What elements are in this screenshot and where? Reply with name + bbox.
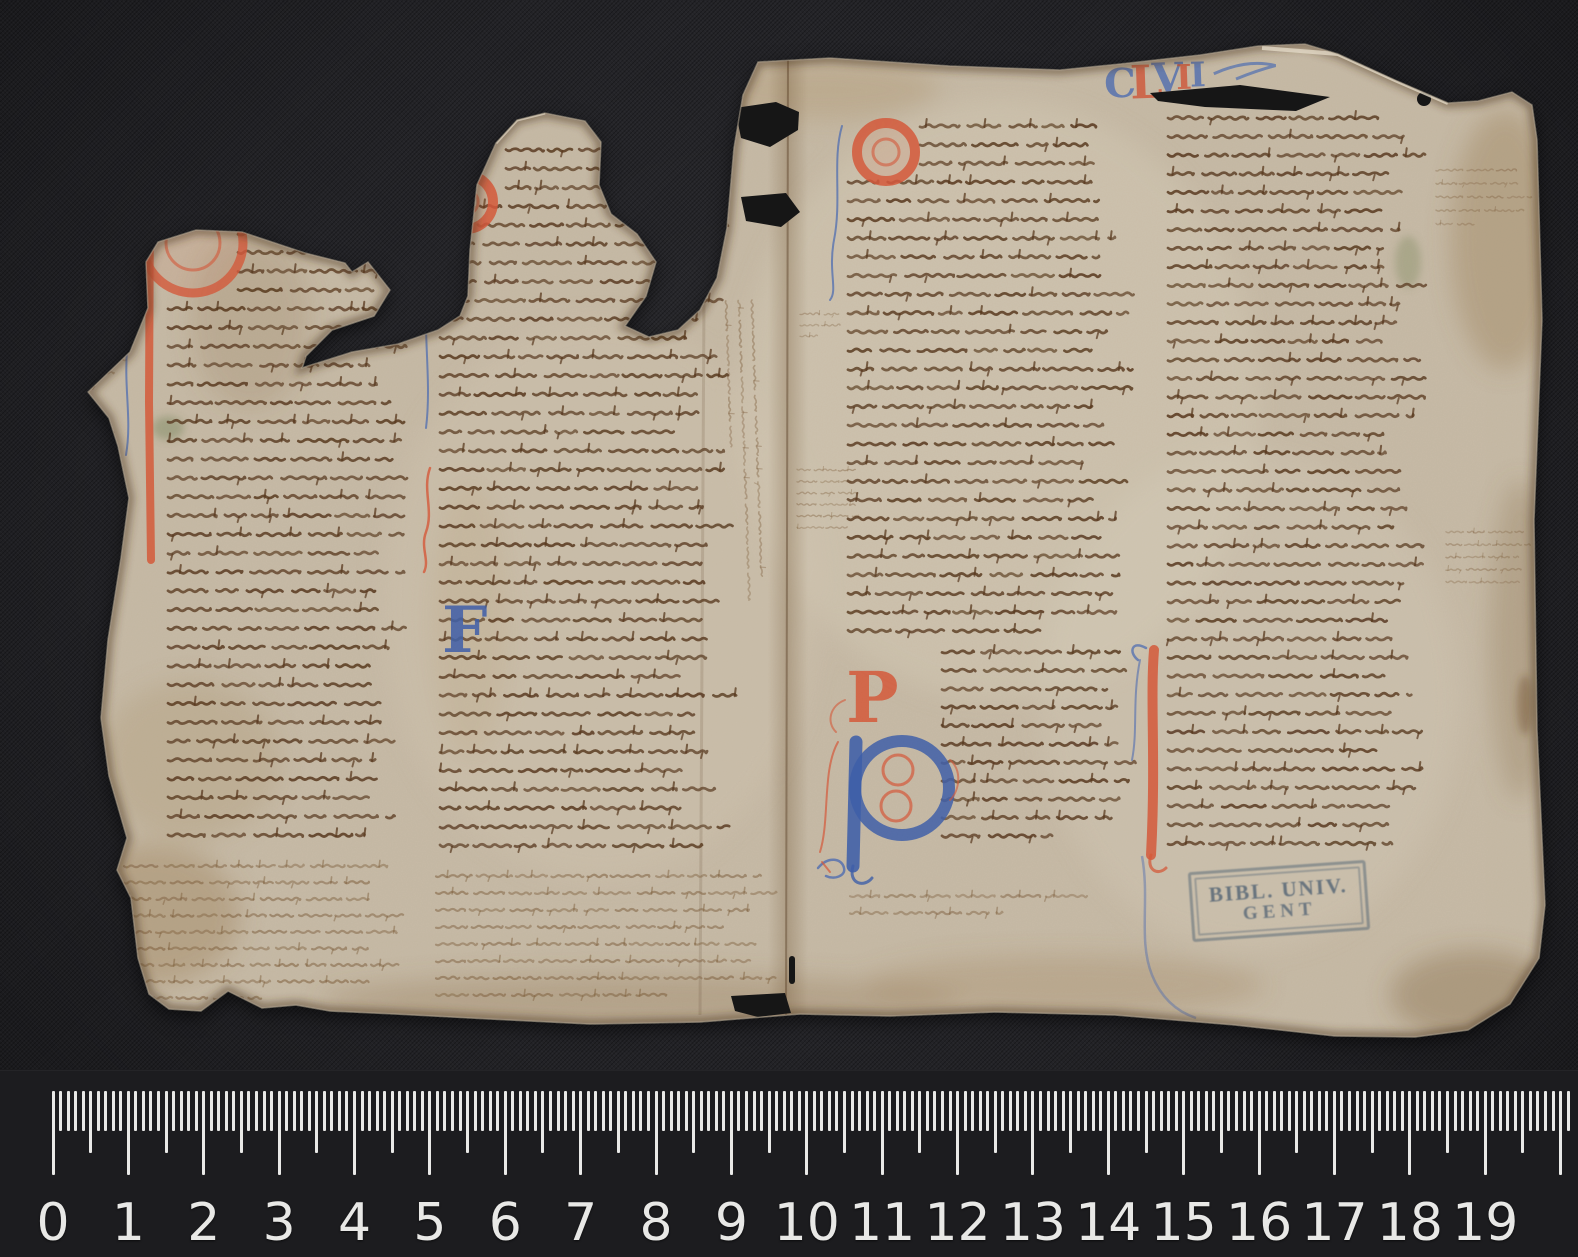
ruler-tick [835,1091,838,1131]
ruler-tick [1227,1091,1230,1131]
ruler-tick [1122,1091,1125,1131]
ruler-tick [964,1091,967,1131]
ruler-tick [82,1091,85,1131]
ruler-tick [1062,1091,1065,1131]
ruler-tick [1295,1091,1298,1153]
ruler-tick [730,1091,733,1175]
ruler-tick [345,1091,348,1131]
manuscript-svg: TFPCLVII [0,0,1578,1257]
ruler-tick [888,1091,891,1131]
ruler-tick [406,1091,409,1131]
ruler-tick [775,1091,778,1131]
library-stamp: BIBL. UNIV. GENT [1188,860,1370,942]
ruler-number: 6 [489,1193,522,1253]
ruler-tick [1521,1091,1524,1153]
ruler-tick [639,1091,642,1131]
ruler-tick [1363,1091,1366,1131]
ruler-number: 19 [1452,1193,1518,1253]
ruler-tick [873,1091,876,1131]
ruler-tick [1145,1091,1148,1153]
ruler-tick [632,1091,635,1131]
ruler-tick [1333,1091,1336,1175]
ruler-tick [858,1091,861,1131]
ruler-tick [526,1091,529,1131]
ruler-tick [361,1091,364,1131]
ruler-tick [1416,1091,1419,1131]
ruler-tick [1491,1091,1494,1131]
ruler-tick [843,1091,846,1153]
ruler-tick [466,1091,469,1153]
ruler-number: 13 [1000,1193,1066,1253]
ruler-tick [1212,1091,1215,1131]
ruler-tick [1205,1091,1208,1131]
ruler-number: 4 [338,1193,371,1253]
ruler-tick [1250,1091,1253,1131]
pseudo-text-left-top-notes [255,63,701,115]
ruler-tick [753,1091,756,1131]
ruler-tick [202,1091,205,1175]
ruler-tick [1107,1091,1110,1175]
ruler-tick [715,1091,718,1131]
ruler-tick [127,1091,130,1175]
ruler-tick [451,1091,454,1131]
ruler-tick [232,1091,235,1131]
ruler-tick [1084,1091,1087,1131]
ruler-tick [330,1091,333,1131]
ruler-tick [195,1091,198,1131]
ruler-tick [383,1091,386,1131]
ruler-tick [1265,1091,1268,1131]
ruler-number: 7 [564,1193,597,1253]
ruler-tick [745,1091,748,1131]
ruler-tick [1031,1091,1034,1175]
ruler-tick [217,1091,220,1131]
ruler-number: 17 [1301,1193,1367,1253]
ruler-tick [790,1091,793,1131]
ruler-tick [1340,1091,1343,1131]
ruler-tick [1454,1091,1457,1131]
ruler-tick [602,1091,605,1131]
ruler-tick [52,1091,55,1175]
ruler-tick [1258,1091,1261,1175]
measuring-scale: 012345678910111213141516171819 [0,1070,1578,1257]
ruler-tick [1446,1091,1449,1153]
ruler-tick [308,1091,311,1131]
ruler-tick [1009,1091,1012,1131]
ruler-tick [918,1091,921,1153]
ruler-number: 0 [36,1193,69,1253]
initial-left-rubric-initial-T: T [160,133,194,187]
svg-text:T: T [160,133,194,187]
ruler-tick [979,1091,982,1131]
ruler-tick [67,1091,70,1131]
ruler-tick [1506,1091,1509,1131]
ruler-tick [300,1091,303,1131]
ruler-tick [1001,1091,1004,1131]
ruler-tick [677,1091,680,1131]
ruler-tick [866,1091,869,1131]
ruler-tick [1039,1091,1042,1131]
ruler-tick [685,1091,688,1131]
ruler-tick [247,1091,250,1131]
ruler-tick [1461,1091,1464,1131]
ruler-tick [255,1091,258,1131]
ruler-tick [1408,1091,1411,1175]
ruler-tick [1152,1091,1155,1131]
ruler-tick [421,1091,424,1131]
ruler-tick [1303,1091,1306,1131]
ruler-tick [1243,1091,1246,1131]
ruler-tick [134,1091,137,1131]
ruler-tick [74,1091,77,1131]
ruler-tick [398,1091,401,1131]
ruler-tick [489,1091,492,1131]
ruler-tick [700,1091,703,1131]
ruler-number: 5 [413,1193,446,1253]
ruler-tick [1280,1091,1283,1131]
ruler-number: 16 [1226,1193,1292,1253]
ruler-tick [240,1091,243,1153]
ruler-tick [225,1091,228,1131]
ruler-tick [278,1091,281,1175]
ruler-tick [1371,1091,1374,1153]
ruler-tick [511,1091,514,1131]
ruler-tick [165,1091,168,1153]
ruler-tick [104,1091,107,1131]
ruler-tick [1016,1091,1019,1131]
ruler-tick [617,1091,620,1153]
ruler-tick [149,1091,152,1131]
ruler-tick [896,1091,899,1131]
ruler-tick [722,1091,725,1131]
ruler-tick [1529,1091,1532,1131]
ruler-tick [1438,1091,1441,1131]
ruler-tick [1024,1091,1027,1131]
ruler-tick [1536,1091,1539,1131]
ruler-tick [851,1091,854,1131]
ruler-tick [949,1091,952,1131]
ruler-tick [1077,1091,1080,1131]
ruler-tick [1552,1091,1555,1131]
ruler-tick [1386,1091,1389,1131]
ruler-tick [647,1091,650,1131]
ruler-number: 3 [263,1193,296,1253]
ruler-tick [1484,1091,1487,1175]
ruler-number: 11 [849,1193,915,1253]
ruler-tick [481,1091,484,1131]
ruler-tick [1544,1091,1547,1131]
ruler-tick [1348,1091,1351,1131]
ruler-tick [692,1091,695,1153]
ruler-tick [443,1091,446,1131]
svg-text:F: F [442,593,487,668]
ruler-tick [459,1091,462,1131]
ruler-tick [1356,1091,1359,1131]
ruler-tick [1325,1091,1328,1131]
initial-gutter-quire-mark [698,176,727,196]
ruler-tick [1099,1091,1102,1131]
ruler-tick [1401,1091,1404,1131]
ruler-tick [1273,1091,1276,1131]
pseudo-text-left-rubric [212,130,409,179]
ruler-number: 12 [924,1193,990,1253]
ruler-tick [994,1091,997,1153]
ruler-tick [496,1091,499,1131]
ruler-tick [263,1091,266,1131]
ruler-tick [609,1091,612,1131]
ruler-tick [1423,1091,1426,1131]
ruler-tick [1567,1091,1570,1131]
ruler-number: 2 [187,1193,220,1253]
ruler-tick [783,1091,786,1131]
ruler-tick [820,1091,823,1131]
ruler-tick [881,1091,884,1175]
ruler-tick [624,1091,627,1131]
ruler-number: 18 [1377,1193,1443,1253]
ruler-tick [112,1091,115,1131]
ruler-tick [323,1091,326,1131]
ruler-tick [926,1091,929,1131]
ruler-tick [119,1091,122,1131]
stamp-text-line2: GENT [1242,900,1317,926]
initial-left-col2-initial-F: F [442,593,487,668]
ruler-tick [541,1091,544,1153]
ruler-tick [828,1091,831,1131]
ruler-tick [1378,1091,1381,1131]
ruler-tick [534,1091,537,1131]
ruler-tick [911,1091,914,1131]
ruler-tick [1499,1091,1502,1131]
ruler-tick [391,1091,394,1153]
ruler-tick [142,1091,145,1131]
ruler-tick [587,1091,590,1131]
ruler-tick [760,1091,763,1131]
ruler-tick [368,1091,371,1131]
ruler-tick [172,1091,175,1131]
ruler-tick [1054,1091,1057,1131]
ruler-tick [813,1091,816,1131]
ruler-tick [1190,1091,1193,1131]
manuscript-photo: TFPCLVII [0,0,1578,1257]
ruler-tick [956,1091,959,1175]
ruler-tick [1137,1091,1140,1131]
ruler-tick [737,1091,740,1131]
ruler-tick [270,1091,273,1131]
ruler-tick [428,1091,431,1175]
ruler-tick [1069,1091,1072,1153]
ruler-tick [1114,1091,1117,1131]
svg-text:P: P [846,656,899,739]
pseudo-text-left-margin-b [28,428,116,501]
ruler-tick [1288,1091,1291,1131]
ruler-tick [564,1091,567,1131]
ruler-tick [1092,1091,1095,1131]
ruler-tick [97,1091,100,1131]
ruler-tick [768,1091,771,1153]
ruler-tick [1182,1091,1185,1175]
ruler-tick [655,1091,658,1175]
ruler-tick [1167,1091,1170,1131]
ruler-tick [157,1091,160,1131]
ruler-tick [933,1091,936,1131]
ruler-tick [1129,1091,1132,1131]
ruler-tick [59,1091,62,1131]
ruler-tick [474,1091,477,1131]
ruler-number: 9 [715,1193,748,1253]
ruler-tick [798,1091,801,1131]
ruler-tick [1476,1091,1479,1131]
ruler-tick [436,1091,439,1131]
ruler-tick [549,1091,552,1131]
ruler-tick [89,1091,92,1153]
ruler-tick [707,1091,710,1131]
ruler-number: 10 [774,1193,840,1253]
ruler-tick [1235,1091,1238,1131]
ruler-tick [180,1091,183,1131]
ruler-tick [187,1091,190,1131]
ruler-tick [353,1091,356,1175]
ruler-tick [293,1091,296,1131]
ruler-tick [210,1091,213,1131]
ruler-number: 8 [639,1193,672,1253]
ruler-tick [413,1091,416,1131]
ruler-tick [1160,1091,1163,1131]
ruler-tick [903,1091,906,1131]
ruler-tick [1197,1091,1200,1131]
ruler-tick [1175,1091,1178,1131]
ruler-tick [376,1091,379,1131]
initial-right-col1-initial-P-small: P [846,656,899,739]
ruler-tick [805,1091,808,1175]
ruler-number: 1 [112,1193,145,1253]
ruler-tick [315,1091,318,1153]
ruler-tick [1469,1091,1472,1131]
ruler-tick [1393,1091,1396,1131]
ruler-tick [986,1091,989,1131]
ruler-tick [504,1091,507,1175]
ruler-number: 15 [1151,1193,1217,1253]
ruler-tick [662,1091,665,1131]
ruler-tick [1559,1091,1562,1175]
ruler-tick [1431,1091,1434,1131]
ruler-tick [338,1091,341,1131]
ruler-tick [1310,1091,1313,1131]
ruler-tick [594,1091,597,1131]
ruler-tick [519,1091,522,1131]
ruler-tick [579,1091,582,1175]
ruler-tick [557,1091,560,1131]
ruler-tick [572,1091,575,1131]
ruler-tick [1220,1091,1223,1153]
ruler-tick [670,1091,673,1131]
ruler-tick [285,1091,288,1131]
ruler-tick [1514,1091,1517,1131]
ruler-tick [941,1091,944,1131]
stamp-text-line1: BIBL. UNIV. [1208,874,1348,907]
ruler-number: 14 [1075,1193,1141,1253]
ruler-tick [1047,1091,1050,1131]
ruler-tick [971,1091,974,1131]
ruler-tick [1318,1091,1321,1131]
